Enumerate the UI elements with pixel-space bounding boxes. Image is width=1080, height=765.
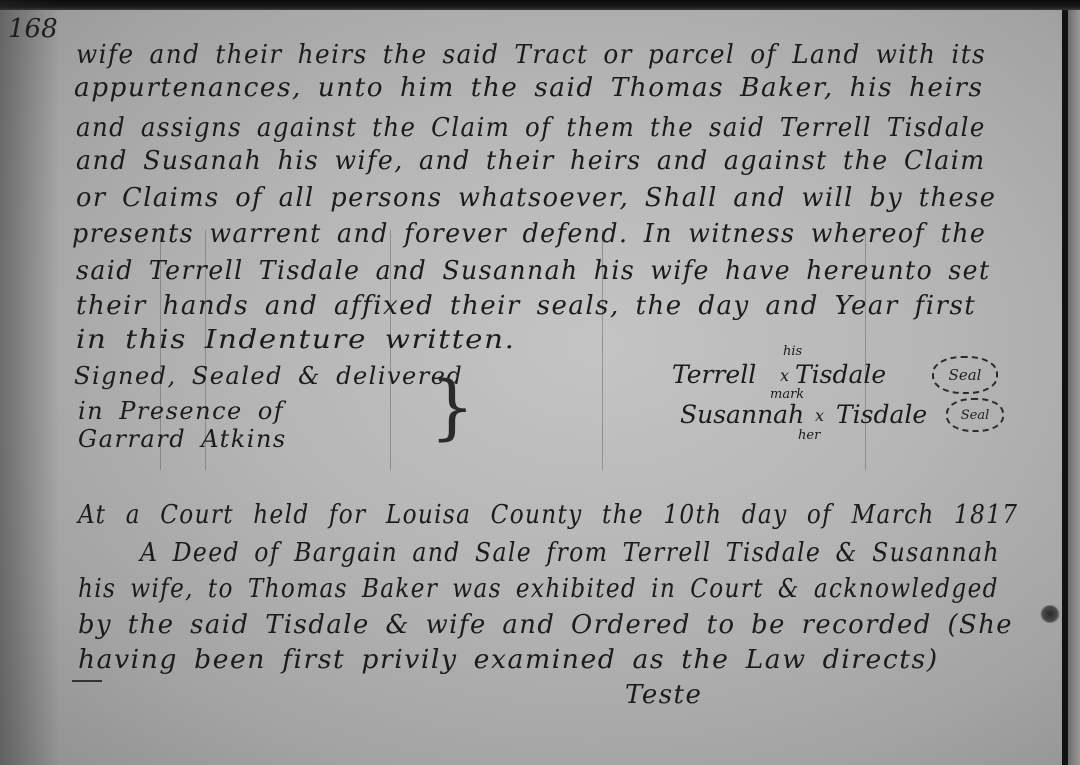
signer1-first-name: Terrell xyxy=(672,360,756,389)
deed-line: and assigns against the Claim of them th… xyxy=(76,113,986,143)
court-line: A Deed of Bargain and Sale from Terrell … xyxy=(140,538,1000,568)
left-edge-shadow xyxy=(0,0,60,765)
top-shadow-band xyxy=(0,0,1080,10)
brace-mark: } xyxy=(430,368,454,446)
signer2-her: her xyxy=(798,428,820,443)
deed-line: their hands and affixed their seals, the… xyxy=(76,291,976,321)
court-line: having been first privily examined as th… xyxy=(78,645,939,675)
teste-attestation: Teste xyxy=(625,680,702,710)
deed-line: or Claims of all persons whatsoever, Sha… xyxy=(76,183,996,213)
signer2-mark: x xyxy=(815,406,824,425)
deed-line: and Susanah his wife, and their heirs an… xyxy=(76,146,986,176)
witness-in-presence: in Presence of xyxy=(78,397,284,425)
signer1-last-name: Tisdale xyxy=(795,360,886,389)
seal-1: Seal xyxy=(932,356,998,394)
deed-line: appurtenances, unto him the said Thomas … xyxy=(74,73,984,103)
signer1-mark: x xyxy=(780,366,789,385)
deed-line: said Terrell Tisdale and Susannah his wi… xyxy=(76,256,991,286)
court-line: by the said Tisdale & wife and Ordered t… xyxy=(78,610,1013,640)
court-line: his wife, to Thomas Baker was exhibited … xyxy=(78,574,999,604)
seal-2: Seal xyxy=(946,398,1004,432)
deed-line: in this Indenture written. xyxy=(76,325,516,355)
ink-blot xyxy=(1040,605,1060,623)
signer2-first-name: Susannah xyxy=(680,400,804,429)
signer1-his: his xyxy=(783,344,802,359)
deed-line: wife and their heirs the said Tract or p… xyxy=(76,40,986,70)
underline-flourish xyxy=(72,680,102,682)
page-number: 168 xyxy=(8,14,58,44)
signer2-last-name: Tisdale xyxy=(836,400,927,429)
deed-line: presents warrent and forever defend. In … xyxy=(72,219,986,249)
right-margin-strip xyxy=(1068,10,1080,765)
manuscript-page: 168 wife and their heirs the said Tract … xyxy=(0,0,1080,765)
court-heading: At a Court held for Louisa County the 10… xyxy=(78,500,1018,530)
witness-signed-sealed: Signed, Sealed & delivered xyxy=(74,362,463,390)
witness-name: Garrard Atkins xyxy=(78,425,287,453)
